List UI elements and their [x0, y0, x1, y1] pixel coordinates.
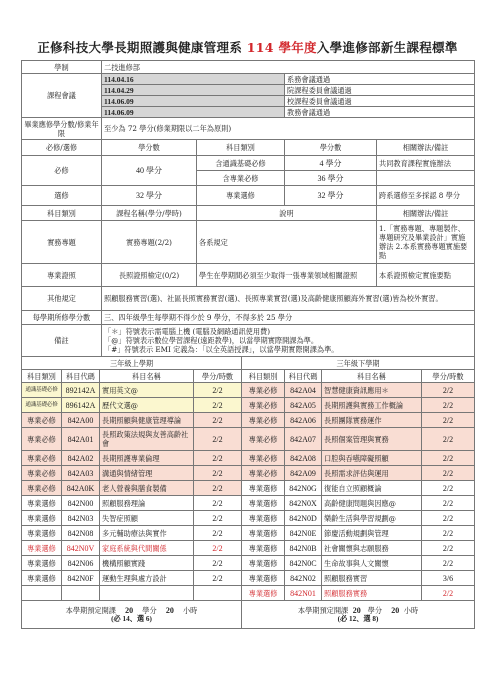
course-type: 專業必修 — [242, 413, 285, 428]
remark-item: 「@」符號表示數位學習課程(遠距教學)，以當學期實際開課為準。 — [104, 336, 472, 345]
course-row: 專業必修842A0K老人營養與膳食製備2/2專業選修842N0G復能自立照顧概論… — [22, 481, 475, 496]
credits-header: 科目類別 — [197, 140, 285, 156]
course-type: 專業必修 — [242, 398, 285, 413]
course-type: 專業必修 — [242, 451, 285, 466]
course-name: 智慧健康資訊應用＊ — [322, 383, 422, 398]
special-header: 相關辦法/備註 — [377, 206, 475, 221]
elective-total: 32 學分 — [102, 186, 197, 206]
course-credit: 2/2 — [194, 383, 242, 398]
required-credits: 36 學分 — [285, 171, 377, 186]
course-name: 長期照護與實務工作概論 — [322, 398, 422, 413]
course-credit: 2/2 — [422, 398, 475, 413]
grad-label: 畢業應修學分數/修業年限 — [22, 118, 102, 140]
remarks-label: 備註 — [22, 325, 102, 357]
course-type: 專業選修 — [242, 481, 285, 496]
required-category: 含專業必修 — [197, 171, 285, 186]
elective-note: 跨系選修至多採認 8 學分 — [377, 186, 475, 206]
meeting-label: 課程會議 — [22, 74, 102, 118]
course-type: 專業選修 — [22, 571, 62, 586]
course-code: 842N0E — [285, 526, 322, 541]
course-credit: 2/2 — [194, 571, 242, 586]
meeting-date: 114.04.29 — [102, 85, 285, 96]
course-name: 高齡健康問題與因應@ — [322, 496, 422, 511]
course-code: 842N08 — [62, 526, 100, 541]
summary-hour-unit: 小時 — [404, 606, 418, 615]
course-row: 專業必修842A02長期照護專業倫理2/2專業必修842A08口腔與吞嚥障礙照顧… — [22, 451, 475, 466]
course-credit: 2/2 — [422, 586, 475, 601]
course-type: 專業選修 — [242, 571, 285, 586]
course-type: 專業選修 — [22, 541, 62, 556]
course-name: 溝通與情緒管理 — [100, 466, 194, 481]
course-name: 機構照顧實踐 — [100, 556, 194, 571]
system-label: 學制 — [22, 61, 102, 74]
special-header: 科目類別 — [22, 206, 102, 221]
meeting-date: 114.06.09 — [102, 107, 285, 118]
meeting-date: 114.06.09 — [102, 96, 285, 107]
special-desc: 學生在學期間必須至少取得一張專業領域相關證照 — [197, 264, 377, 287]
course-type: 通識基礎必修 — [22, 383, 62, 398]
course-name: 老人營養與膳食製備 — [100, 481, 194, 496]
course-type: 通識基礎必修 — [22, 398, 62, 413]
course-type: 專業選修 — [22, 496, 62, 511]
course-name: 長照團隊實務運作 — [322, 413, 422, 428]
course-code: 842A07 — [285, 428, 322, 451]
col-header-credit: 學分/時數 — [194, 370, 242, 383]
course-name: 家庭系統與代間關係 — [100, 541, 194, 556]
course-code: 842N0B — [285, 541, 322, 556]
course-name: 長照政策法規與友善高齡社會 — [100, 428, 194, 451]
course-credit: 2/2 — [194, 451, 242, 466]
course-credit: 2/2 — [422, 511, 475, 526]
summary-hour-unit: 小時 — [183, 606, 197, 615]
col-header-code: 科目代碼 — [62, 370, 100, 383]
course-type: 專業必修 — [242, 428, 285, 451]
special-note: 1.「實務專題、專題製作、專題研究及畢業設計」實施辦法 2.本系實務專題實施要點 — [377, 221, 475, 264]
course-credit: 2/2 — [194, 481, 242, 496]
course-row: 專業選修842N06機構照顧實踐2/2專業選修842N0C生命故事與人文關懷2/… — [22, 556, 475, 571]
course-row: 專業選修842N08多元輔助療法與實作2/2專業選修842N0E節慶活動規劃與管… — [22, 526, 475, 541]
course-name: 照顧服務實務 — [322, 586, 422, 601]
course-type: 專業必修 — [22, 481, 62, 496]
per-sem-value: 三、四年級學生每學期不得少於 9 學分，不得多於 25 學分 — [102, 311, 475, 325]
course-code: 842N01 — [285, 586, 322, 601]
required-credits: 4 學分 — [285, 156, 377, 171]
course-type: 專業必修 — [242, 383, 285, 398]
other-label: 其他規定 — [22, 287, 102, 311]
course-type: 專業選修 — [22, 526, 62, 541]
required-note — [377, 171, 475, 186]
system-value: 二技進修部 — [102, 61, 475, 74]
course-code: 842A00 — [62, 413, 100, 428]
course-credit: 2/2 — [422, 541, 475, 556]
summary-split: (必 12、選 8) — [244, 615, 472, 624]
course-credit: 2/2 — [422, 526, 475, 541]
course-type: 專業選修 — [242, 496, 285, 511]
course-code: 842N00 — [62, 496, 100, 511]
course-type: 專業必修 — [22, 466, 62, 481]
special-course: 長照證照檢定(0/2) — [102, 264, 197, 287]
course-type: 專業選修 — [22, 511, 62, 526]
curriculum-info-table: 學制 二技進修部 課程會議 114.04.16 系務會議通過 114.04.29… — [21, 60, 475, 140]
meeting-desc: 校課程委員會議通過 — [285, 96, 475, 107]
course-type — [22, 586, 62, 601]
per-sem-label: 每學期所修學分數 — [22, 311, 102, 325]
special-category: 專業證照 — [22, 264, 102, 287]
course-code: 842A09 — [285, 466, 322, 481]
course-name: 長照需求評估與運用 — [322, 466, 422, 481]
course-row: 專業選修842N0V家庭系統與代間關係2/2專業選修842N0B社會關懷與志願服… — [22, 541, 475, 556]
course-row: 專業必修842A03溝通與情緒管理2/2專業必修842A09長照需求評估與運用2… — [22, 466, 475, 481]
course-name: 長照個案管理與實務 — [322, 428, 422, 451]
course-credit: 2/2 — [422, 383, 475, 398]
special-desc: 各系規定 — [197, 221, 377, 264]
upper-semester-title: 三年級上學期 — [22, 357, 242, 370]
course-credit: 2/2 — [422, 466, 475, 481]
course-type: 專業選修 — [242, 511, 285, 526]
course-name: 長期照護專業倫理 — [100, 451, 194, 466]
course-type: 專業選修 — [242, 586, 285, 601]
course-code: 842A01 — [62, 428, 100, 451]
course-code: 842N03 — [62, 511, 100, 526]
course-type: 專業選修 — [242, 526, 285, 541]
course-code: 842N0C — [285, 556, 322, 571]
special-course: 實務專題(2/2) — [102, 221, 197, 264]
semester-courses-table: 三年級上學期 三年級下學期 科目類別 科目代碼 科目名稱 學分/時數 科目類別 … — [21, 356, 475, 629]
course-name: 照顧服務理論 — [100, 496, 194, 511]
course-credit: 2/2 — [194, 511, 242, 526]
course-row: 專業選修842N03失智症照顧2/2專業選修842N0D樂齡生活與學習規劃@2/… — [22, 511, 475, 526]
other-value: 照顧服務實習(選)、社區長照實務實習(選)、長照專業實習(選)及高齡健康照顧海外… — [102, 287, 475, 311]
course-code: 896142A — [62, 398, 100, 413]
summary-prefix: 本學期預定開課 — [66, 606, 116, 615]
course-credit: 2/2 — [194, 556, 242, 571]
title-year: 114 學年度 — [247, 40, 317, 55]
summary-credit-unit: 學分 — [142, 606, 156, 615]
special-note: 本系證照檢定實施要點 — [377, 264, 475, 287]
course-type: 專業必修 — [22, 413, 62, 428]
summary-hours: 20 — [166, 606, 174, 615]
course-row: 專業必修842A00長期照顧與健康管理導論2/2專業必修842A06長照團隊實務… — [22, 413, 475, 428]
summary-hours: 20 — [391, 606, 399, 615]
course-credit: 2/2 — [422, 496, 475, 511]
course-credit: 2/2 — [422, 556, 475, 571]
meeting-date: 114.04.16 — [102, 74, 285, 85]
credits-table: 必修/選修 學分數 科目類別 學分數 相關辦法/備註 必修 40 學分 含通識基… — [21, 139, 475, 206]
course-name: 多元輔助療法與實作 — [100, 526, 194, 541]
special-category: 實務專題 — [22, 221, 102, 264]
course-credit — [194, 586, 242, 601]
course-credit: 2/2 — [194, 428, 242, 451]
course-row: 通識基礎必修892142A實用英文@2/2專業必修842A04智慧健康資訊應用＊… — [22, 383, 475, 398]
col-header-code: 科目代碼 — [285, 370, 322, 383]
course-name: 樂齡生活與學習規劃@ — [322, 511, 422, 526]
credits-header: 學分數 — [102, 140, 197, 156]
rules-table: 其他規定 照顧服務實習(選)、社區長照實務實習(選)、長照專業實習(選)及高齡健… — [21, 286, 475, 357]
credits-header: 相關辦法/備註 — [377, 140, 475, 156]
course-name — [100, 586, 194, 601]
course-row: 專業選修842N01照顧服務實務2/2 — [22, 586, 475, 601]
summary-prefix: 本學期預定開課 — [298, 606, 348, 615]
course-code: 842A0K — [62, 481, 100, 496]
meeting-desc: 系務會議通過 — [285, 74, 475, 85]
elective-label: 選修 — [22, 186, 102, 206]
course-name: 失智症照顧 — [100, 511, 194, 526]
title-prefix: 正修科技大學長期照護與健康管理系 — [37, 40, 242, 55]
course-code: 842A02 — [62, 451, 100, 466]
col-header-name: 科目名稱 — [100, 370, 194, 383]
summary-credit-unit: 學分 — [368, 606, 382, 615]
course-credit: 2/2 — [422, 451, 475, 466]
page-title: 正修科技大學長期照護與健康管理系 114 學年度入學進修部新生課程標準 — [0, 38, 495, 56]
course-code: 842N0V — [62, 541, 100, 556]
course-credit: 2/2 — [422, 413, 475, 428]
remarks-list: 「＊」符號表示需電腦上機 (電腦及網路通訊使用費) 「@」符號表示數位學習課程(… — [102, 325, 475, 357]
course-code: 842N0G — [285, 481, 322, 496]
course-credit: 2/2 — [194, 541, 242, 556]
lower-semester-summary: 本學期預定開課 20 學分 20 小時 (必 12、選 8) — [242, 601, 475, 629]
course-row: 專業選修842N00照顧服務理論2/2專業選修842N0X高齡健康問題與因應@2… — [22, 496, 475, 511]
col-header-type: 科目類別 — [242, 370, 285, 383]
course-type: 專業選修 — [242, 541, 285, 556]
course-credit: 2/2 — [194, 466, 242, 481]
meeting-desc: 教務會議通過 — [285, 107, 475, 118]
course-name: 節慶活動規劃與管理 — [322, 526, 422, 541]
required-label: 必修 — [22, 156, 102, 186]
course-name: 運動生理與處方設計 — [100, 571, 194, 586]
course-code: 842A03 — [62, 466, 100, 481]
required-category: 含通識基礎必修 — [197, 156, 285, 171]
course-name: 社會關懷與志願服務 — [322, 541, 422, 556]
course-code: 842A04 — [285, 383, 322, 398]
course-code: 842A08 — [285, 451, 322, 466]
course-name: 實用英文@ — [100, 383, 194, 398]
course-code: 892142A — [62, 383, 100, 398]
elective-credits: 32 學分 — [285, 186, 377, 206]
course-code: 842A06 — [285, 413, 322, 428]
col-header-credit: 學分/時數 — [422, 370, 475, 383]
upper-semester-summary: 本學期預定開課 20 學分 20 小時 (必 14、選 6) — [22, 601, 242, 629]
course-credit: 2/2 — [422, 428, 475, 451]
elective-category: 專業選修 — [197, 186, 285, 206]
remark-item: 「＊」符號表示需電腦上機 (電腦及網路通訊使用費) — [104, 327, 472, 336]
course-name: 生命故事與人文關懷 — [322, 556, 422, 571]
grad-value: 至少為 72 學分(修業期限以二年為原則) — [102, 118, 475, 140]
course-type: 專業必修 — [22, 451, 62, 466]
summary-credits: 20 — [353, 606, 361, 615]
course-credit: 3/6 — [422, 571, 475, 586]
course-code — [62, 586, 100, 601]
course-code: 842N0D — [285, 511, 322, 526]
special-courses-table: 科目類別 課程名稱(學分/學時) 說明 相關辦法/備註 實務專題 實務專題(2/… — [21, 205, 475, 287]
course-code: 842A05 — [285, 398, 322, 413]
required-note: 共同教育課程實施辦法 — [377, 156, 475, 171]
course-name: 復能自立照顧概論 — [322, 481, 422, 496]
course-name: 口腔與吞嚥障礙照顧 — [322, 451, 422, 466]
summary-credits: 20 — [125, 606, 133, 615]
credits-header: 必修/選修 — [22, 140, 102, 156]
course-type: 專業必修 — [242, 466, 285, 481]
course-credit: 2/2 — [194, 413, 242, 428]
course-credit: 2/2 — [194, 496, 242, 511]
course-code: 842N0F — [62, 571, 100, 586]
course-type: 專業選修 — [22, 556, 62, 571]
course-name: 長期照顧與健康管理導論 — [100, 413, 194, 428]
course-code: 842N02 — [285, 571, 322, 586]
remark-item: 「#」符號表示 EMI 定義為：「以全英語授課」，以當學期實際開課為準。 — [104, 345, 472, 354]
col-header-type: 科目類別 — [22, 370, 62, 383]
meeting-desc: 院課程委員會議通過 — [285, 85, 475, 96]
title-suffix: 入學進修部新生課程標準 — [317, 40, 458, 55]
course-credit: 2/2 — [194, 398, 242, 413]
special-header: 課程名稱(學分/學時) — [102, 206, 197, 221]
lower-semester-title: 三年級下學期 — [242, 357, 475, 370]
course-row: 通識基礎必修896142A歷代文選@2/2專業必修842A05長期照護與實務工作… — [22, 398, 475, 413]
summary-split: (必 14、選 6) — [24, 615, 239, 624]
course-type: 專業必修 — [22, 428, 62, 451]
course-name: 歷代文選@ — [100, 398, 194, 413]
special-header: 說明 — [197, 206, 377, 221]
col-header-name: 科目名稱 — [322, 370, 422, 383]
course-type: 專業選修 — [242, 556, 285, 571]
credits-header: 學分數 — [285, 140, 377, 156]
course-credit: 2/2 — [422, 481, 475, 496]
required-total: 40 學分 — [102, 156, 197, 186]
course-row: 專業選修842N0F運動生理與處方設計2/2專業選修842N02照顧服務實習3/… — [22, 571, 475, 586]
course-credit: 2/2 — [194, 526, 242, 541]
course-code: 842N0X — [285, 496, 322, 511]
course-row: 專業必修842A01長照政策法規與友善高齡社會2/2專業必修842A07長照個案… — [22, 428, 475, 451]
course-name: 照顧服務實習 — [322, 571, 422, 586]
course-code: 842N06 — [62, 556, 100, 571]
